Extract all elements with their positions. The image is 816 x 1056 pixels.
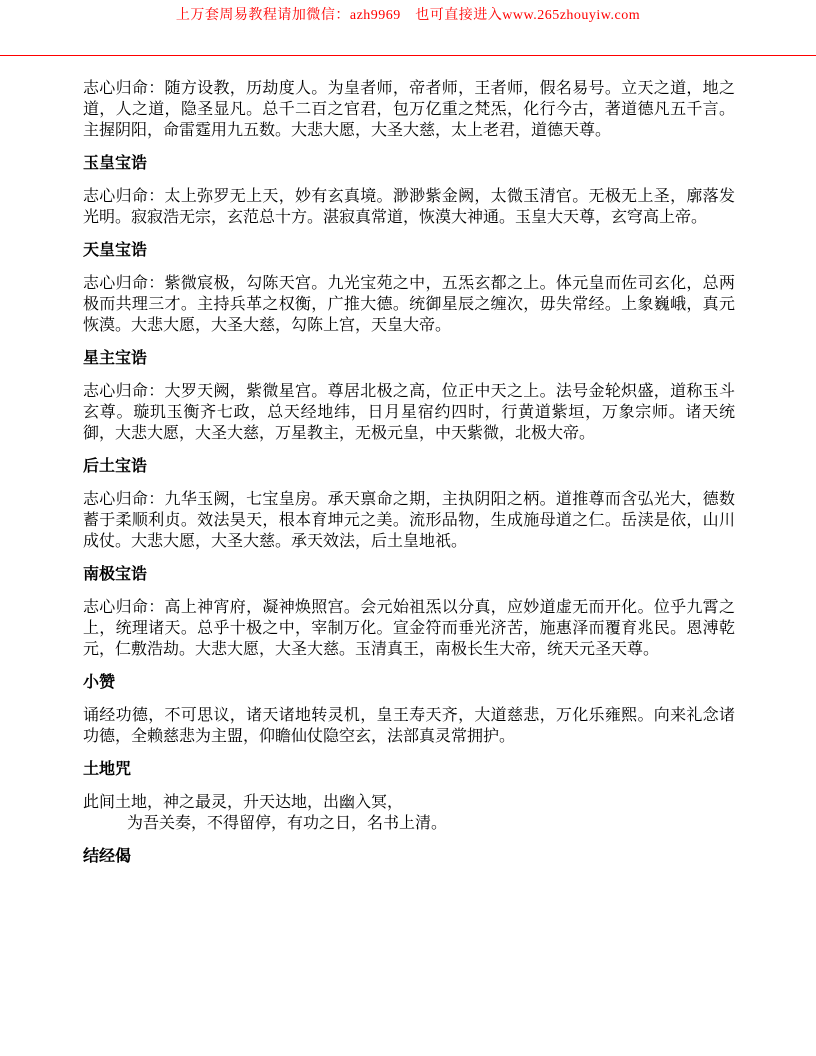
section-heading: 土地咒 [83, 759, 735, 780]
section-heading: 小赞 [83, 672, 735, 693]
section-heading: 星主宝诰 [83, 348, 735, 369]
section-heading: 结经偈 [83, 846, 735, 867]
verse-paragraph: 此间土地，神之最灵，升天达地，出幽入冥，为吾关奏，不得留停，有功之日，名书上清。 [83, 792, 735, 834]
section-heading: 南极宝诰 [83, 564, 735, 585]
document-page: 上万套周易教程请加微信：azh9969 也可直接进入www.265zhouyiw… [0, 0, 816, 1056]
body-paragraph: 志心归命：九华玉阙，七宝皇房。承天禀命之期，主执阴阳之柄。道推尊而含弘光大，德数… [83, 489, 735, 552]
section-heading: 玉皇宝诰 [83, 153, 735, 174]
body-paragraph: 志心归命：高上神宵府，凝神焕照宫。会元始祖炁以分真，应妙道虚无而开化。位乎九霄之… [83, 597, 735, 660]
document-body: 志心归命：随方设教，历劫度人。为皇者师，帝者师，王者师，假名易号。立天之道，地之… [83, 78, 735, 879]
body-paragraph: 诵经功德，不可思议，诸天诸地转灵机，皇王寿天齐，大道慈悲，万化乐雍熙。向来礼念诸… [83, 705, 735, 747]
verse-line: 此间土地，神之最灵，升天达地，出幽入冥， [83, 792, 735, 813]
watermark-header: 上万套周易教程请加微信：azh9969 也可直接进入www.265zhouyiw… [0, 0, 816, 25]
body-paragraph: 志心归命：大罗天阙，紫微星宫。尊居北极之高，位正中天之上。法号金轮炽盛，道称玉斗… [83, 381, 735, 444]
header-divider [0, 55, 816, 56]
body-paragraph: 志心归命：随方设教，历劫度人。为皇者师，帝者师，王者师，假名易号。立天之道，地之… [83, 78, 735, 141]
section-heading: 天皇宝诰 [83, 240, 735, 261]
body-paragraph: 志心归命：太上弥罗无上天，妙有玄真境。渺渺紫金阙，太微玉清官。无极无上圣，廓落发… [83, 186, 735, 228]
section-heading: 后土宝诰 [83, 456, 735, 477]
watermark-text: 上万套周易教程请加微信：azh9969 也可直接进入www.265zhouyiw… [176, 8, 640, 23]
body-paragraph: 志心归命：紫微宸极，勾陈天宫。九光宝苑之中，五炁玄都之上。体元皇而佐司玄化，总两… [83, 273, 735, 336]
verse-line: 为吾关奏，不得留停，有功之日，名书上清。 [83, 813, 735, 834]
